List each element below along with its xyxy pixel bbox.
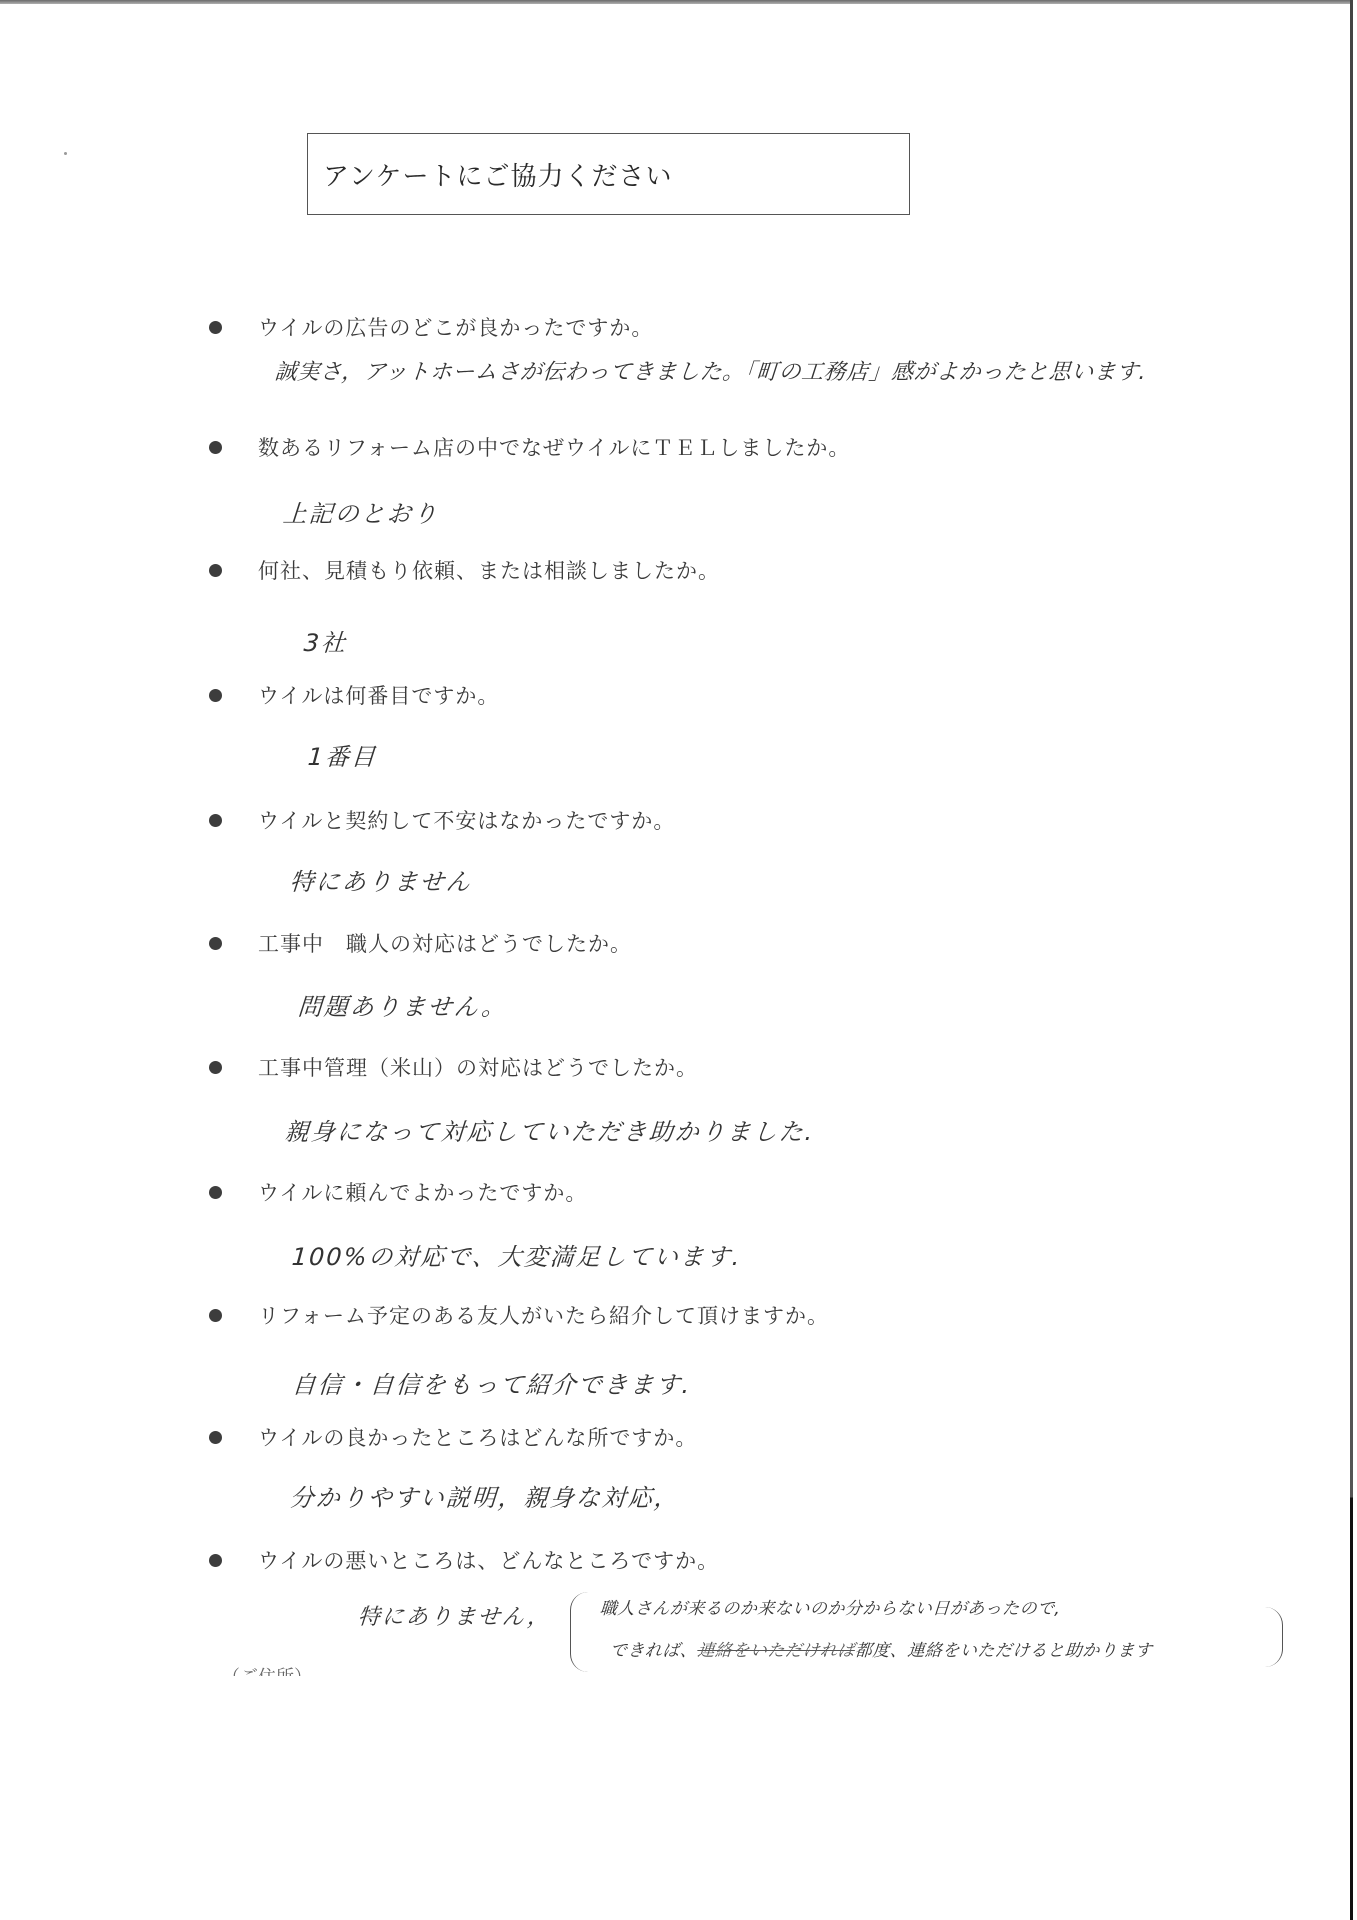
answer-4: 1番目 [307, 737, 379, 772]
bullet-icon [209, 937, 222, 950]
left-parenthesis [570, 1592, 588, 1672]
question-6: 工事中 職人の対応はどうでしたか。 [209, 928, 632, 958]
survey-title-box: アンケートにご協力ください [307, 133, 910, 215]
bullet-icon [209, 564, 222, 577]
bullet-icon [209, 689, 222, 702]
question-3: 何社、見積もり依頼、または相談しましたか。 [209, 555, 720, 585]
question-2: 数あるリフォーム店の中でなぜウイルにＴＥＬしましたか。 [209, 432, 850, 462]
question-text: ウイルの広告のどこが良かったですか。 [258, 312, 653, 342]
answer-9: 自信・自信をもって紹介できます. [291, 1365, 693, 1400]
question-1: ウイルの広告のどこが良かったですか。 [209, 312, 653, 342]
answer-5: 特にありません [289, 862, 473, 897]
bullet-icon [209, 1309, 222, 1322]
question-4: ウイルは何番目ですか。 [209, 680, 499, 710]
extra-note-line-1: 職人さんが来るのか来ないのか分からない日があったので, [599, 1594, 1061, 1619]
answer-11: 特にありません， [357, 1600, 552, 1631]
question-text: ウイルの悪いところは、どんなところですか。 [258, 1545, 719, 1575]
bullet-icon [209, 1186, 222, 1199]
answer-6: 問題ありません。 [297, 987, 509, 1022]
question-11: ウイルの悪いところは、どんなところですか。 [209, 1545, 719, 1575]
bullet-icon [209, 1061, 222, 1074]
question-text: ウイルと契約して不安はなかったですか。 [258, 805, 675, 835]
question-text: ウイルは何番目ですか。 [258, 680, 499, 710]
bullet-icon [209, 441, 222, 454]
question-text: 工事中 職人の対応はどうでしたか。 [258, 928, 632, 958]
right-parenthesis [1265, 1607, 1283, 1667]
question-10: ウイルの良かったところはどんな所ですか。 [209, 1422, 697, 1452]
question-7: 工事中管理（米山）の対応はどうでしたか。 [209, 1052, 698, 1082]
question-text: ウイルの良かったところはどんな所ですか。 [258, 1422, 697, 1452]
survey-title: アンケートにご協力ください [323, 156, 672, 193]
scan-edge-top [0, 0, 1350, 4]
address-label-cut-off: （ご住所） [222, 1664, 312, 1676]
question-text: 工事中管理（米山）の対応はどうでしたか。 [258, 1052, 698, 1082]
question-8: ウイルに頼んでよかったですか。 [209, 1177, 587, 1207]
question-text: 何社、見積もり依頼、または相談しましたか。 [258, 555, 720, 585]
bullet-icon [209, 814, 222, 827]
question-9: リフォーム予定のある友人がいたら紹介して頂けますか。 [209, 1300, 829, 1330]
bullet-icon [209, 1554, 222, 1567]
answer-1: 誠実さ，アットホームさが伝わってきました。「町の工務店」感がよかったと思います. [274, 355, 1148, 386]
answer-2: 上記のとおり [282, 494, 440, 529]
bullet-icon [209, 1431, 222, 1444]
scan-speck [64, 152, 67, 155]
question-text: ウイルに頼んでよかったですか。 [258, 1177, 587, 1207]
extra-note-struck-text: 連絡をいただければ [697, 1641, 856, 1661]
answer-7: 親身になって対応していただき助かりました. [284, 1112, 816, 1147]
answer-8: 100%の対応で、大変満足しています. [291, 1237, 743, 1272]
extra-note-prefix: できれば、 [609, 1641, 698, 1661]
extra-note-suffix: 都度、連絡をいただけると助かります [854, 1641, 1153, 1661]
question-5: ウイルと契約して不安はなかったですか。 [209, 805, 675, 835]
answer-10: 分かりやすい説明，親身な対応， [289, 1478, 681, 1513]
bullet-icon [209, 321, 222, 334]
question-text: 数あるリフォーム店の中でなぜウイルにＴＥＬしましたか。 [258, 432, 850, 462]
scan-edge-right [1350, 0, 1353, 1920]
answer-3: 3社 [303, 623, 349, 658]
extra-note-line-2: できれば、連絡をいただければ都度、連絡をいただけると助かります [609, 1636, 1153, 1661]
question-text: リフォーム予定のある友人がいたら紹介して頂けますか。 [258, 1300, 829, 1330]
